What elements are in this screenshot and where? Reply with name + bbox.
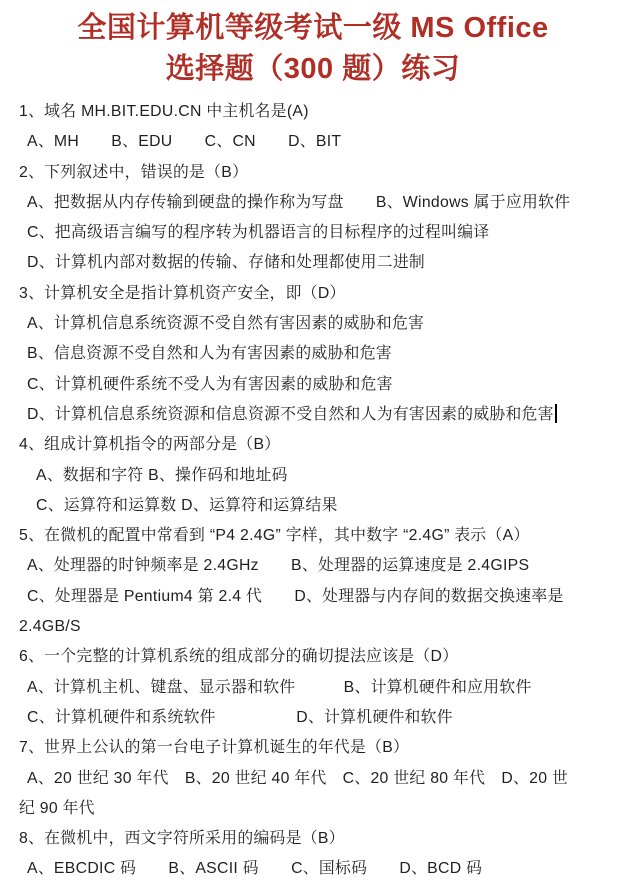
question-3-option-c[interactable]: C、计算机硬件系统不受人为有害因素的威胁和危害	[0, 370, 626, 400]
question-7-text: 7、世界上公认的第一台电子计算机诞生的年代是（B）	[19, 739, 409, 756]
text-cursor	[555, 404, 557, 423]
question-8-options-text: A、EBCDIC 码 B、ASCII 码 C、国标码 D、BCD 码	[27, 860, 482, 877]
question-2[interactable]: 2、下列叙述中，错误的是（B）	[0, 158, 626, 188]
question-4-options-cd-text: C、运算符和运算数 D、运算符和运算结果	[36, 497, 338, 514]
question-7[interactable]: 7、世界上公认的第一台电子计算机诞生的年代是（B）	[0, 733, 626, 763]
question-6-text: 6、一个完整的计算机系统的组成部分的确切提法应该是（D）	[19, 648, 458, 665]
question-1[interactable]: 1、域名 MH.BIT.EDU.CN 中主机名是(A)	[0, 97, 626, 127]
question-2-option-c[interactable]: C、把高级语言编写的程序转为机器语言的目标程序的过程叫编译	[0, 218, 626, 248]
question-4[interactable]: 4、组成计算机指令的两部分是（B）	[0, 430, 626, 460]
title-line-1: 全国计算机等级考试一级 MS Office	[0, 8, 626, 49]
question-4-text: 4、组成计算机指令的两部分是（B）	[19, 436, 280, 453]
question-1-text: 1、域名 MH.BIT.EDU.CN 中主机名是(A)	[19, 103, 309, 120]
question-6-options-ab-text: A、计算机主机、键盘、显示器和软件 B、计算机硬件和应用软件	[27, 679, 532, 696]
question-1-options[interactable]: A、MH B、EDU C、CN D、BIT	[0, 127, 626, 157]
question-6-options-cd-text: C、计算机硬件和系统软件 D、计算机硬件和软件	[27, 709, 453, 726]
question-7-options-wrap-text: 纪 90 年代	[19, 800, 95, 817]
question-3-option-a[interactable]: A、计算机信息系统资源不受自然有害因素的威胁和危害	[0, 309, 626, 339]
question-5-option-d-wrap[interactable]: 2.4GB/S	[0, 612, 626, 642]
document-title: 全国计算机等级考试一级 MS Office 选择题（300 题）练习	[0, 0, 626, 90]
question-5-option-d-wrap-text: 2.4GB/S	[19, 618, 81, 635]
question-2-options-ab-text: A、把数据从内存传输到硬盘的操作称为写盘 B、Windows 属于应用软件	[27, 194, 570, 211]
question-3-option-b[interactable]: B、信息资源不受自然和人为有害因素的威胁和危害	[0, 339, 626, 369]
question-1-options-text: A、MH B、EDU C、CN D、BIT	[27, 133, 341, 150]
question-3-option-d-text: D、计算机信息系统资源和信息资源不受自然和人为有害因素的威胁和危害	[27, 406, 554, 423]
question-2-option-d-text: D、计算机内部对数据的传输、存储和处理都使用二进制	[27, 254, 425, 271]
question-2-options-ab[interactable]: A、把数据从内存传输到硬盘的操作称为写盘 B、Windows 属于应用软件	[0, 188, 626, 218]
question-6-options-ab[interactable]: A、计算机主机、键盘、显示器和软件 B、计算机硬件和应用软件	[0, 673, 626, 703]
question-8-text: 8、在微机中，西文字符所采用的编码是（B）	[19, 830, 345, 847]
question-3[interactable]: 3、计算机安全是指计算机资产安全，即（D）	[0, 279, 626, 309]
document-page[interactable]: 全国计算机等级考试一级 MS Office 选择题（300 题）练习 1、域名 …	[0, 0, 626, 882]
document-body[interactable]: 1、域名 MH.BIT.EDU.CN 中主机名是(A)A、MH B、EDU C、…	[0, 90, 626, 882]
question-3-option-a-text: A、计算机信息系统资源不受自然有害因素的威胁和危害	[27, 315, 424, 332]
question-3-text: 3、计算机安全是指计算机资产安全，即（D）	[19, 285, 346, 302]
question-5-options-ab-text: A、处理器的时钟频率是 2.4GHz B、处理器的运算速度是 2.4GIPS	[27, 557, 529, 574]
question-3-option-b-text: B、信息资源不受自然和人为有害因素的威胁和危害	[27, 345, 392, 362]
question-5-options-cd-text: C、处理器是 Pentium4 第 2.4 代 D、处理器与内存间的数据交换速率…	[27, 588, 564, 605]
question-5-text: 5、在微机的配置中常看到 “P4 2.4G” 字样，其中数字 “2.4G” 表示…	[19, 527, 530, 544]
question-8[interactable]: 8、在微机中，西文字符所采用的编码是（B）	[0, 824, 626, 854]
question-7-options-wrap[interactable]: 纪 90 年代	[0, 794, 626, 824]
question-5-options-cd[interactable]: C、处理器是 Pentium4 第 2.4 代 D、处理器与内存间的数据交换速率…	[0, 582, 626, 612]
question-7-options[interactable]: A、20 世纪 30 年代 B、20 世纪 40 年代 C、20 世纪 80 年…	[0, 764, 626, 794]
question-2-option-d[interactable]: D、计算机内部对数据的传输、存储和处理都使用二进制	[0, 248, 626, 278]
question-5-options-ab[interactable]: A、处理器的时钟频率是 2.4GHz B、处理器的运算速度是 2.4GIPS	[0, 551, 626, 581]
question-4-options-cd[interactable]: C、运算符和运算数 D、运算符和运算结果	[0, 491, 626, 521]
question-2-option-c-text: C、把高级语言编写的程序转为机器语言的目标程序的过程叫编译	[27, 224, 489, 241]
question-3-option-c-text: C、计算机硬件系统不受人为有害因素的威胁和危害	[27, 376, 393, 393]
question-6[interactable]: 6、一个完整的计算机系统的组成部分的确切提法应该是（D）	[0, 642, 626, 672]
question-8-options[interactable]: A、EBCDIC 码 B、ASCII 码 C、国标码 D、BCD 码	[0, 854, 626, 882]
question-4-options-ab[interactable]: A、数据和字符 B、操作码和地址码	[0, 461, 626, 491]
question-2-text: 2、下列叙述中，错误的是（B）	[19, 164, 248, 181]
title-line-2: 选择题（300 题）练习	[0, 49, 626, 90]
question-3-option-d[interactable]: D、计算机信息系统资源和信息资源不受自然和人为有害因素的威胁和危害	[0, 400, 626, 430]
question-7-options-text: A、20 世纪 30 年代 B、20 世纪 40 年代 C、20 世纪 80 年…	[27, 770, 568, 787]
question-6-options-cd[interactable]: C、计算机硬件和系统软件 D、计算机硬件和软件	[0, 703, 626, 733]
question-5[interactable]: 5、在微机的配置中常看到 “P4 2.4G” 字样，其中数字 “2.4G” 表示…	[0, 521, 626, 551]
question-4-options-ab-text: A、数据和字符 B、操作码和地址码	[36, 467, 288, 484]
